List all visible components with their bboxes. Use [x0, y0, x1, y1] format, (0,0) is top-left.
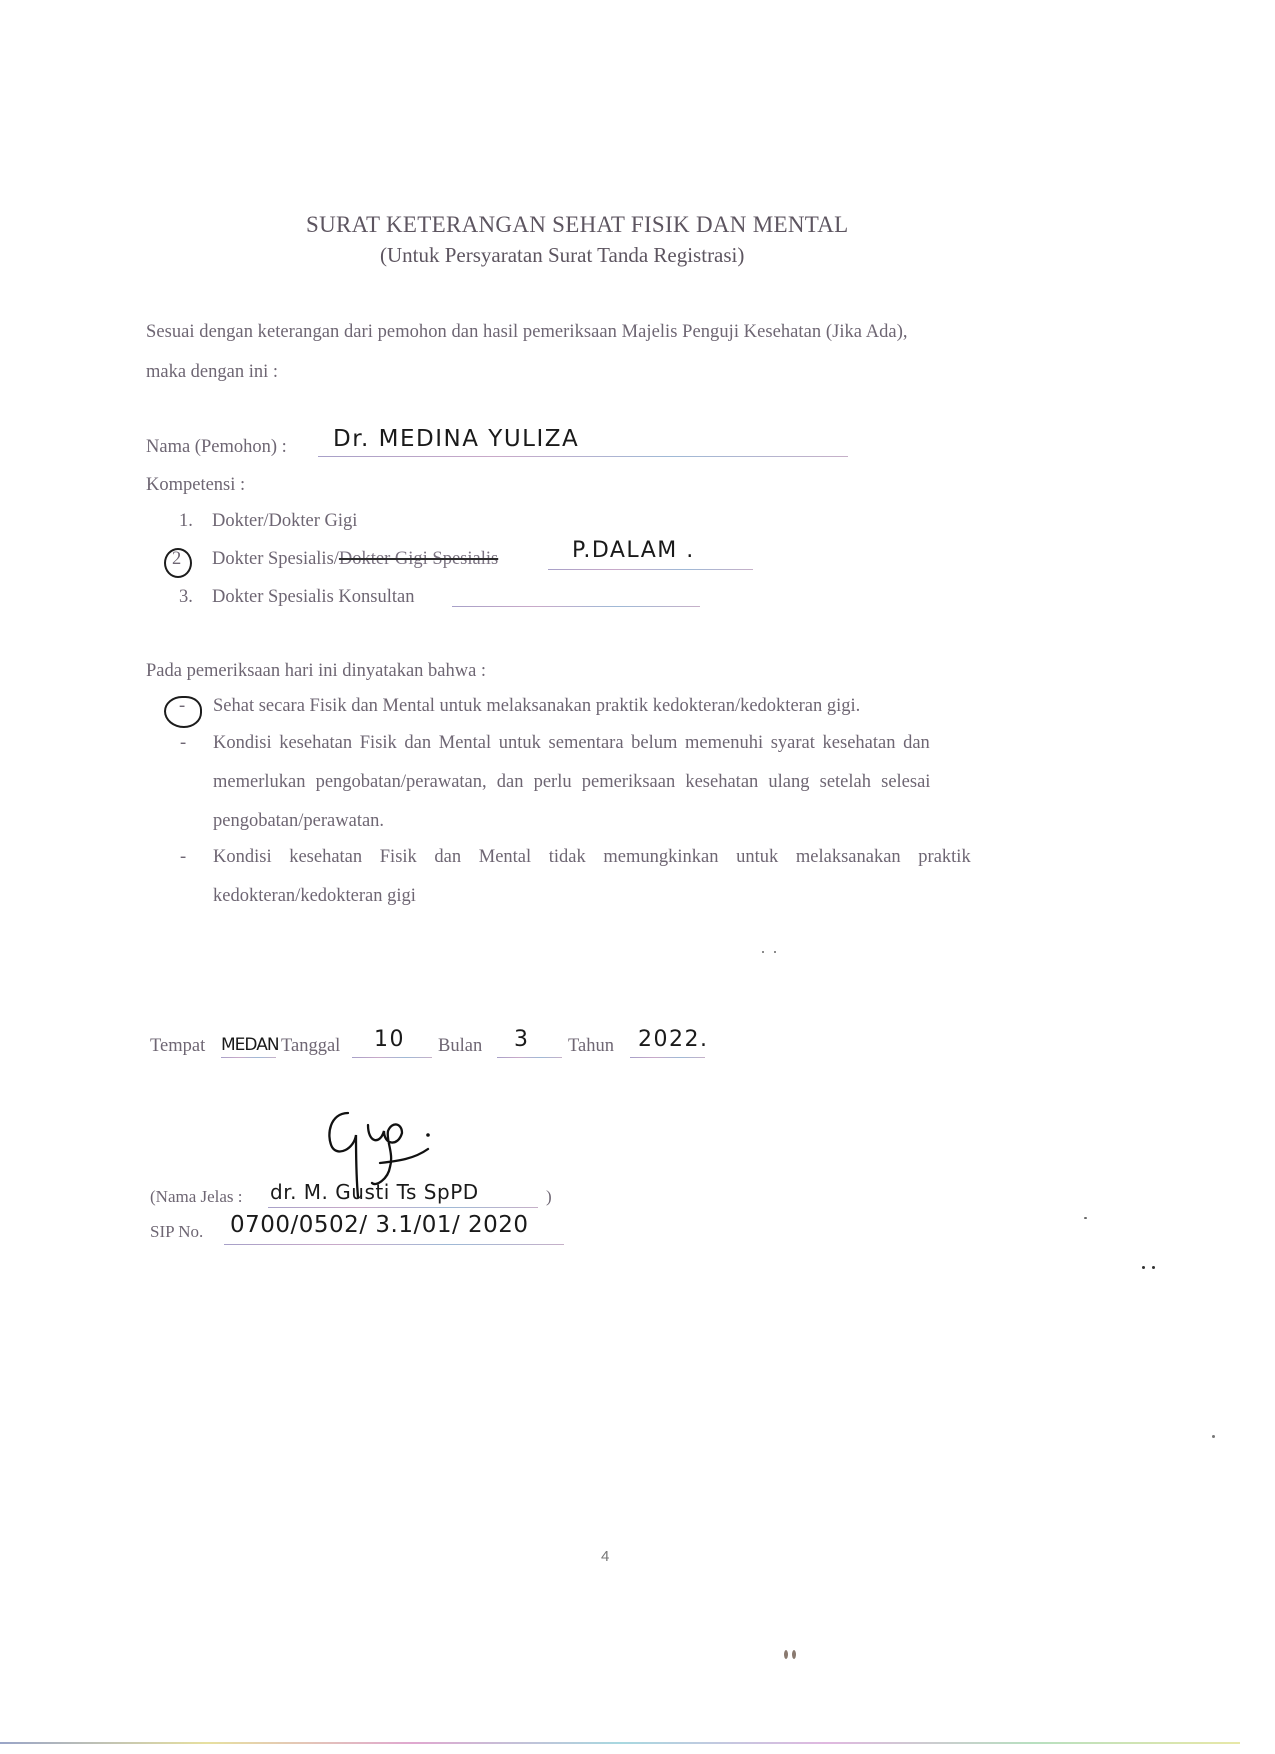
scan-speck: [762, 951, 764, 953]
signatory-name-value[interactable]: dr. M. Gusti Ts SpPD: [270, 1180, 479, 1204]
signatory-name-underline: [268, 1207, 538, 1208]
intro-line-2: maka dengan ini :: [146, 362, 278, 383]
statement-3-bullet: -: [180, 847, 186, 868]
competency-option-2-text: Dokter Spesialis/: [212, 549, 339, 569]
signatory-name-label: (Nama Jelas :: [150, 1187, 243, 1207]
place-label: Tempat: [150, 1036, 205, 1057]
date-underline: [352, 1057, 432, 1058]
sip-underline: [224, 1244, 564, 1245]
competency-option-2[interactable]: Dokter Spesialis/Dokter Gigi Spesialis: [212, 549, 498, 570]
statement-2-line-2: memerlukan pengobatan/perawatan, dan per…: [213, 772, 1058, 793]
specialty-value[interactable]: P.DALAM .: [572, 538, 695, 563]
scan-speck: [1084, 1217, 1087, 1219]
applicant-underline: [318, 456, 848, 457]
scan-speck: [1142, 1266, 1145, 1269]
applicant-label: Nama (Pemohon) :: [146, 437, 287, 458]
year-label: Tahun: [568, 1036, 614, 1057]
statement-3-line-2: kedokteran/kedokteran gigi: [213, 886, 416, 907]
statement-2-line-3: pengobatan/perawatan.: [213, 811, 384, 832]
month-label: Bulan: [438, 1036, 482, 1057]
competency-option-2-number: 2: [172, 549, 181, 570]
year-value[interactable]: 2022.: [638, 1027, 708, 1052]
place-value[interactable]: MEDAN: [221, 1035, 279, 1055]
statement-1-bullet: -: [179, 696, 185, 717]
statement-2-bullet: -: [180, 733, 186, 754]
scan-speck: [774, 951, 776, 953]
sip-label: SIP No.: [150, 1222, 203, 1242]
signatory-name-close: ): [546, 1187, 552, 1207]
sip-value[interactable]: 0700/0502/ 3.1/01/ 2020: [230, 1212, 529, 1238]
statement-3-line-1[interactable]: Kondisi kesehatan Fisik dan Mental tidak…: [213, 847, 1058, 868]
scan-speck: [1212, 1435, 1215, 1438]
document-title: SURAT KETERANGAN SEHAT FISIK DAN MENTAL: [306, 212, 849, 238]
date-label: Tanggal: [281, 1036, 340, 1057]
competency-option-3-number: 3.: [179, 587, 193, 608]
competency-option-3[interactable]: Dokter Spesialis Konsultan: [212, 587, 414, 608]
examination-label: Pada pemeriksaan hari ini dinyatakan bah…: [146, 661, 486, 682]
competency-label: Kompetensi :: [146, 475, 245, 496]
competency-option-1-number: 1.: [179, 511, 193, 532]
scan-speck: [1152, 1266, 1155, 1269]
month-underline: [497, 1057, 562, 1058]
month-value[interactable]: 3: [514, 1027, 530, 1052]
scan-edge-line: [0, 1742, 1240, 1744]
specialty-underline: [548, 569, 753, 570]
applicant-name-value[interactable]: Dr. MEDINA YULIZA: [333, 426, 579, 452]
scan-speck: [792, 1650, 796, 1659]
competency-option-1[interactable]: Dokter/Dokter Gigi: [212, 511, 357, 532]
struck-option-text: Dokter Gigi Spesialis: [339, 549, 498, 569]
scan-speck: [784, 1650, 788, 1659]
place-underline: [221, 1057, 276, 1058]
page-number: 4: [601, 1548, 609, 1565]
year-underline: [630, 1057, 705, 1058]
intro-line-1: Sesuai dengan keterangan dari pemohon da…: [146, 322, 1056, 343]
date-value[interactable]: 10: [374, 1027, 405, 1052]
document-subtitle: (Untuk Persyaratan Surat Tanda Registras…: [380, 243, 744, 268]
statement-1[interactable]: Sehat secara Fisik dan Mental untuk mela…: [213, 696, 860, 717]
consultant-underline: [452, 606, 700, 607]
statement-2-line-1[interactable]: Kondisi kesehatan Fisik dan Mental untuk…: [213, 733, 1058, 754]
